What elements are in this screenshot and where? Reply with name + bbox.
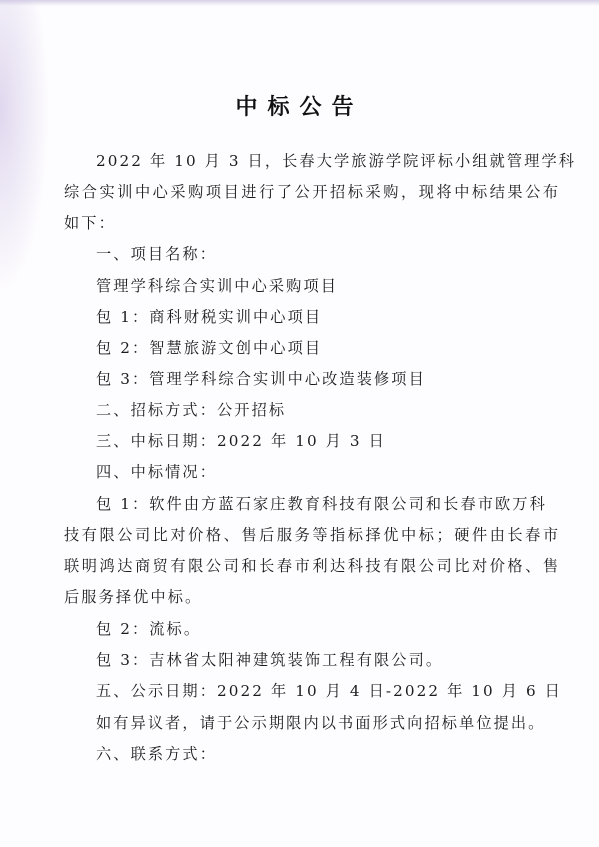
page-title: 中标公告 (0, 90, 599, 121)
intro-line-1: 2022 年 10 月 3 日，长春大学旅游学院评标小组就管理学科 (96, 151, 576, 171)
section-6-contact-heading: 六、联系方式： (96, 744, 217, 764)
intro-line-3: 如下： (64, 213, 116, 233)
section-4-heading: 四、中标情况： (96, 462, 217, 482)
package-2-name: 包 2：智慧旅游文创中心项目 (96, 338, 322, 358)
package-3-name: 包 3：管理学科综合实训中心改造装修项目 (96, 369, 426, 389)
section-1-heading: 一、项目名称： (96, 244, 217, 264)
package-1-result-line-4: 后服务择优中标。 (64, 587, 202, 607)
section-3-award-date: 三、中标日期：2022 年 10 月 3 日 (96, 431, 386, 451)
package-1-result-line-3: 联明鸿达商贸有限公司和长春市利达科技有限公司比对价格、售 (64, 556, 561, 576)
project-name: 管理学科综合实训中心采购项目 (96, 276, 338, 296)
intro-line-2: 综合实训中心采购项目进行了公开招标采购，现将中标结果公布 (64, 182, 561, 202)
announcement-page: 中标公告 2022 年 10 月 3 日，长春大学旅游学院评标小组就管理学科 综… (0, 0, 599, 847)
package-2-result: 包 2：流标。 (96, 619, 201, 639)
package-3-result: 包 3：吉林省太阳神建筑装饰工程有限公司。 (96, 650, 443, 670)
package-1-result-line-1: 包 1：软件由方蓝石家庄教育科技有限公司和长春市欧万科 (96, 494, 547, 514)
package-1-result-line-2: 技有限公司比对价格、售后服务等指标择优中标；硬件由长春市 (64, 525, 561, 545)
package-1-name: 包 1：商科财税实训中心项目 (96, 307, 322, 327)
section-2-bid-method: 二、招标方式：公开招标 (96, 400, 286, 420)
objection-notice: 如有异议者，请于公示期限内以书面形式向招标单位提出。 (96, 713, 545, 733)
section-5-publicity-dates: 五、公示日期：2022 年 10 月 4 日-2022 年 10 月 6 日 (96, 681, 562, 701)
